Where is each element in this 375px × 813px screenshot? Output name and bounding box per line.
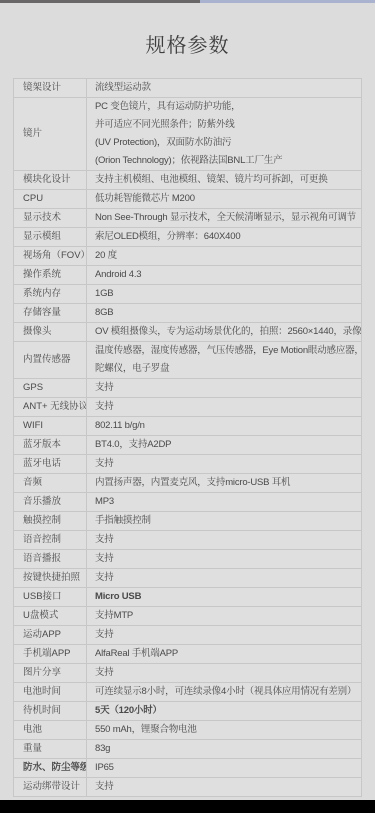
spec-value: 支持	[87, 398, 362, 417]
spec-label: 蓝牙版本	[14, 436, 87, 455]
table-row: 操作系统Android 4.3	[14, 266, 362, 285]
spec-value: 20 度	[87, 247, 362, 266]
spec-label: 蓝牙电话	[14, 455, 87, 474]
spec-label: 存储容量	[14, 304, 87, 323]
table-row: 电池时间可连续显示8小时，可连续录像4小时（视具体应用情况有差别）	[14, 683, 362, 702]
table-row: 语音控制支持	[14, 531, 362, 550]
spec-label: 音乐播放	[14, 493, 87, 512]
spec-label: 电池	[14, 721, 87, 740]
spec-value: 支持主机模组、电池模组、镜架、镜片均可拆卸，可更换	[87, 171, 362, 190]
spec-label: 电池时间	[14, 683, 87, 702]
spec-label: 模块化设计	[14, 171, 87, 190]
table-row: 图片分享支持	[14, 664, 362, 683]
spec-value: OV 模组摄像头，专为运动场景优化的，拍照：2560×1440，录像：高清 72…	[87, 323, 362, 342]
spec-value: 支持	[87, 569, 362, 588]
progress-bar	[0, 0, 375, 3]
spec-value: AlfaReal 手机端APP	[87, 645, 362, 664]
spec-value: 802.11 b/g/n	[87, 417, 362, 436]
spec-label: 镜架设计	[14, 79, 87, 98]
table-row: 视场角（FOV）20 度	[14, 247, 362, 266]
spec-label: 待机时间	[14, 702, 87, 721]
spec-value: 内置扬声器，内置麦克风，支持micro-USB 耳机	[87, 474, 362, 493]
spec-value: 支持	[87, 550, 362, 569]
table-row: 蓝牙电话支持	[14, 455, 362, 474]
spec-label: 视场角（FOV）	[14, 247, 87, 266]
table-row: 语音播报支持	[14, 550, 362, 569]
table-row: CPU低功耗智能微芯片 M200	[14, 190, 362, 209]
spec-value: 83g	[87, 740, 362, 759]
table-row: 显示技术Non See-Through 显示技术，全天候清晰显示，显示视角可调节	[14, 209, 362, 228]
page-title: 规格参数	[0, 29, 375, 58]
table-row: 按键快捷拍照支持	[14, 569, 362, 588]
table-row: 触摸控制手指触摸控制	[14, 512, 362, 531]
table-row: 系统内存1GB	[14, 285, 362, 304]
spec-label: 摄像头	[14, 323, 87, 342]
table-row: 内置传感器温度传感器，湿度传感器，气压传感器，Eye Motion眼动感应器，加…	[14, 342, 362, 379]
table-row: 运动APP支持	[14, 626, 362, 645]
table-row: ANT+ 无线协议支持	[14, 398, 362, 417]
spec-value: 可连续显示8小时，可连续录像4小时（视具体应用情况有差别）	[87, 683, 362, 702]
spec-label: 内置传感器	[14, 342, 87, 379]
bottom-bar	[0, 800, 375, 813]
table-row: 手机端APPAlfaReal 手机端APP	[14, 645, 362, 664]
spec-label: 语音播报	[14, 550, 87, 569]
spec-value: 支持	[87, 379, 362, 398]
spec-value: 低功耗智能微芯片 M200	[87, 190, 362, 209]
spec-label: 防水、防尘等级	[14, 759, 87, 778]
spec-table: 镜架设计流线型运动款镜片PC 变色镜片，具有运动防护功能，并可适应不同光照条件；…	[13, 78, 362, 797]
table-row: U盘模式支持MTP	[14, 607, 362, 626]
spec-value: 支持	[87, 455, 362, 474]
spec-label: 镜片	[14, 98, 87, 171]
spec-label: 按键快捷拍照	[14, 569, 87, 588]
table-row: 音乐播放MP3	[14, 493, 362, 512]
spec-label: WIFI	[14, 417, 87, 436]
spec-value: 8GB	[87, 304, 362, 323]
table-row: 防水、防尘等级IP65	[14, 759, 362, 778]
spec-value: 支持	[87, 626, 362, 645]
spec-label: 重量	[14, 740, 87, 759]
table-row: 存储容量8GB	[14, 304, 362, 323]
table-row: 显示模组索尼OLED模组，分辨率：640X400	[14, 228, 362, 247]
spec-table-body: 镜架设计流线型运动款镜片PC 变色镜片，具有运动防护功能，并可适应不同光照条件；…	[14, 79, 362, 797]
spec-value: Micro USB	[87, 588, 362, 607]
spec-value: 手指触摸控制	[87, 512, 362, 531]
spec-label: 运动绑带设计	[14, 778, 87, 797]
spec-label: ANT+ 无线协议	[14, 398, 87, 417]
spec-label: 操作系统	[14, 266, 87, 285]
spec-label: 运动APP	[14, 626, 87, 645]
table-row: GPS支持	[14, 379, 362, 398]
spec-value: 5天（120小时）	[87, 702, 362, 721]
table-row: USB接口Micro USB	[14, 588, 362, 607]
spec-label: 显示模组	[14, 228, 87, 247]
spec-label: 手机端APP	[14, 645, 87, 664]
spec-value: 流线型运动款	[87, 79, 362, 98]
table-row: 摄像头OV 模组摄像头，专为运动场景优化的，拍照：2560×1440，录像：高清…	[14, 323, 362, 342]
spec-label: GPS	[14, 379, 87, 398]
table-row: 镜架设计流线型运动款	[14, 79, 362, 98]
table-row: 电池550 mAh，锂聚合物电池	[14, 721, 362, 740]
spec-value: 支持MTP	[87, 607, 362, 626]
table-row: 音频内置扬声器，内置麦克风，支持micro-USB 耳机	[14, 474, 362, 493]
spec-label: 触摸控制	[14, 512, 87, 531]
table-row: 蓝牙版本BT4.0，支持A2DP	[14, 436, 362, 455]
table-row: 重量83g	[14, 740, 362, 759]
spec-label: 显示技术	[14, 209, 87, 228]
spec-value: 1GB	[87, 285, 362, 304]
table-row: WIFI802.11 b/g/n	[14, 417, 362, 436]
table-row: 模块化设计支持主机模组、电池模组、镜架、镜片均可拆卸，可更换	[14, 171, 362, 190]
table-row: 待机时间5天（120小时）	[14, 702, 362, 721]
spec-value: 550 mAh，锂聚合物电池	[87, 721, 362, 740]
spec-value: 支持	[87, 778, 362, 797]
spec-label: 语音控制	[14, 531, 87, 550]
spec-label: U盘模式	[14, 607, 87, 626]
spec-value: Android 4.3	[87, 266, 362, 285]
spec-label: USB接口	[14, 588, 87, 607]
progress-bar-remaining	[200, 0, 375, 3]
spec-value: MP3	[87, 493, 362, 512]
spec-value: IP65	[87, 759, 362, 778]
spec-value: 支持	[87, 531, 362, 550]
spec-value: 索尼OLED模组，分辨率：640X400	[87, 228, 362, 247]
spec-label: 系统内存	[14, 285, 87, 304]
spec-value: PC 变色镜片，具有运动防护功能，并可适应不同光照条件；防紫外线(UV Prot…	[87, 98, 362, 171]
progress-bar-elapsed	[0, 0, 200, 3]
table-row: 镜片PC 变色镜片，具有运动防护功能，并可适应不同光照条件；防紫外线(UV Pr…	[14, 98, 362, 171]
spec-value: 温度传感器，湿度传感器，气压传感器，Eye Motion眼动感应器，加速度感应器…	[87, 342, 362, 379]
spec-label: 图片分享	[14, 664, 87, 683]
spec-value: 支持	[87, 664, 362, 683]
spec-value: BT4.0，支持A2DP	[87, 436, 362, 455]
spec-label: CPU	[14, 190, 87, 209]
spec-label: 音频	[14, 474, 87, 493]
spec-value: Non See-Through 显示技术，全天候清晰显示，显示视角可调节	[87, 209, 362, 228]
table-row: 运动绑带设计支持	[14, 778, 362, 797]
